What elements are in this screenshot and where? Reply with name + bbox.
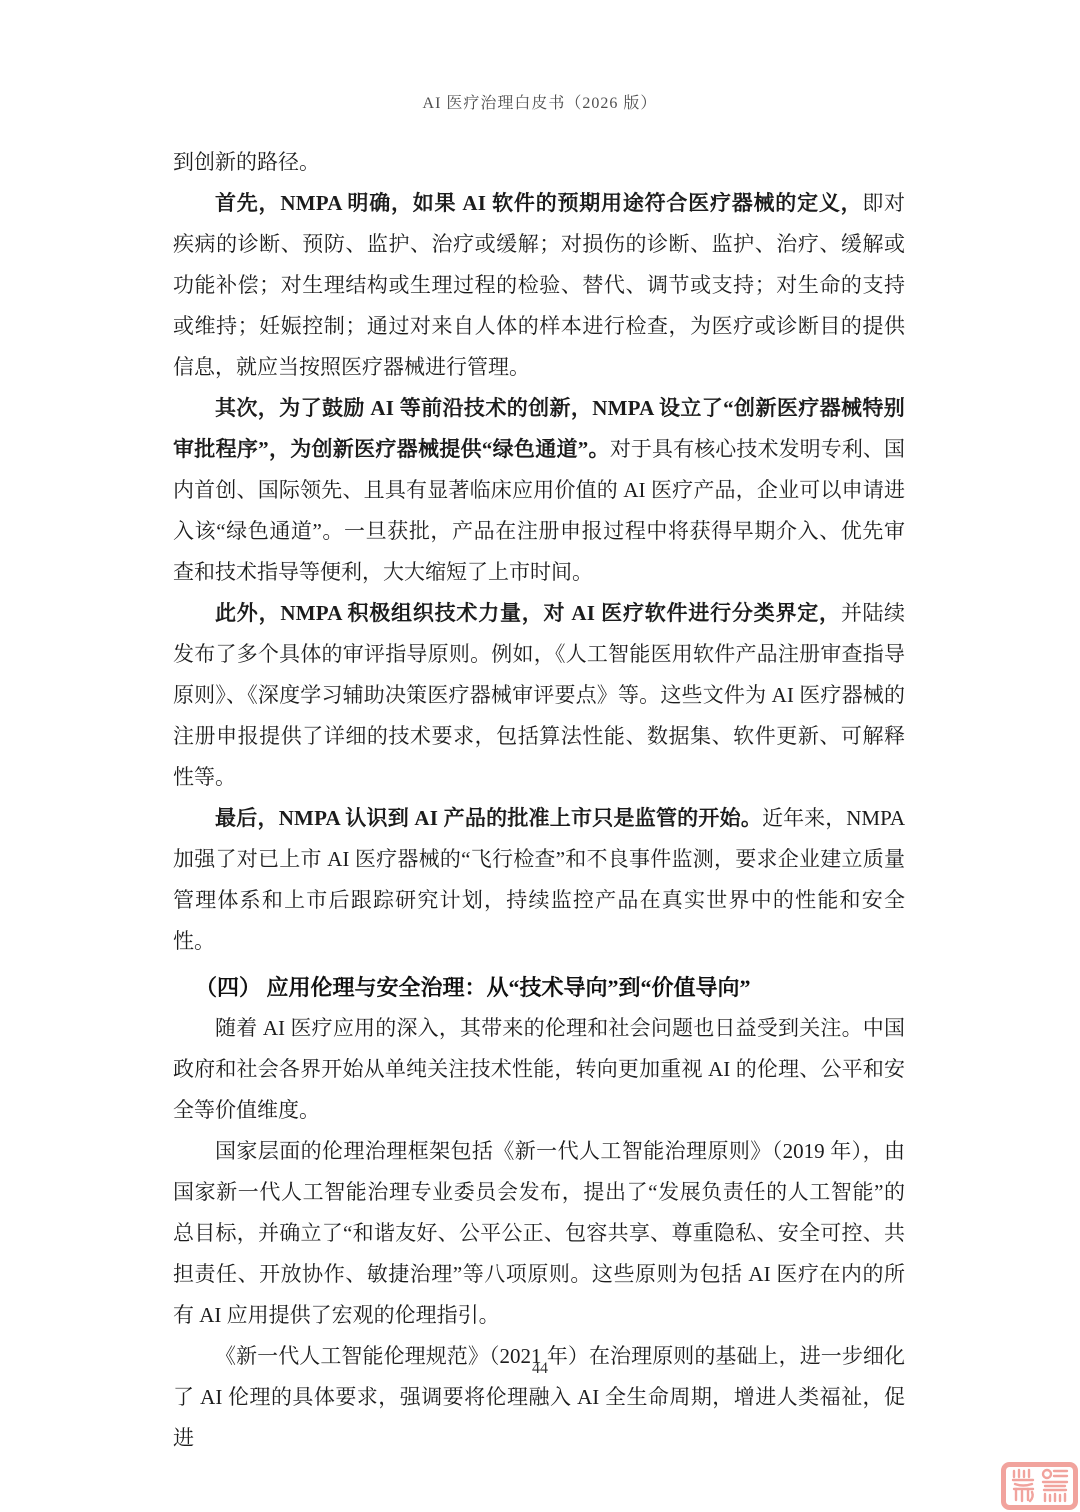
document-page: AI 医疗治理白皮书（2026 版） 到创新的路径。 首先，NMPA 明确，如果…: [0, 0, 1080, 1512]
paragraph-text: 并陆续发布了多个具体的审评指导原则。例如，《人工智能医用软件产品注册审查指导原则…: [173, 601, 905, 789]
paragraph-text: 到创新的路径。: [173, 150, 320, 174]
paragraph-text: 随着 AI 医疗应用的深入，其带来的伦理和社会问题也日益受到关注。中国政府和社会…: [173, 1016, 905, 1122]
document-body: 到创新的路径。 首先，NMPA 明确，如果 AI 软件的预期用途符合医疗器械的定…: [173, 142, 905, 1459]
paragraph-suizhe: 随着 AI 医疗应用的深入，其带来的伦理和社会问题也日益受到关注。中国政府和社会…: [173, 1008, 905, 1131]
page-header-title: AI 医疗治理白皮书（2026 版）: [0, 90, 1080, 113]
paragraph-zuihou: 最后，NMPA 认识到 AI 产品的批准上市只是监管的开始。近年来，NMPA 加…: [173, 798, 905, 962]
paragraph-lead-bold: 首先，NMPA 明确，如果 AI 软件的预期用途符合医疗器械的定义，: [215, 191, 862, 215]
paragraph-ciwai: 此外，NMPA 积极组织技术力量，对 AI 医疗软件进行分类界定，并陆续发布了多…: [173, 593, 905, 798]
seal-stamp-icon: [1001, 1462, 1079, 1510]
paragraph-xinyidai: 《新一代人工智能伦理规范》（2021 年）在治理原则的基础上，进一步细化了 AI…: [173, 1336, 905, 1459]
section-heading-four: （四） 应用伦理与安全治理：从“技术导向”到“价值导向”: [173, 967, 905, 1008]
paragraph-continuation: 到创新的路径。: [173, 142, 905, 183]
paragraph-guojia: 国家层面的伦理治理框架包括《新一代人工智能治理原则》（2019 年），由国家新一…: [173, 1131, 905, 1336]
page-number: 44: [0, 1360, 1080, 1378]
paragraph-text: 即对疾病的诊断、预防、监护、治疗或缓解；对损伤的诊断、监护、治疗、缓解或功能补偿…: [173, 191, 905, 379]
paragraph-lead-bold: 此外，NMPA 积极组织技术力量，对 AI 医疗软件进行分类界定，: [215, 601, 841, 625]
paragraph-shouxian: 首先，NMPA 明确，如果 AI 软件的预期用途符合医疗器械的定义，即对疾病的诊…: [173, 183, 905, 388]
paragraph-text: 国家层面的伦理治理框架包括《新一代人工智能治理原则》（2019 年），由国家新一…: [173, 1139, 905, 1327]
paragraph-qici: 其次，为了鼓励 AI 等前沿技术的创新，NMPA 设立了“创新医疗器械特别审批程…: [173, 388, 905, 593]
paragraph-lead-bold: 最后，NMPA 认识到 AI 产品的批准上市只是监管的开始。: [215, 806, 762, 830]
